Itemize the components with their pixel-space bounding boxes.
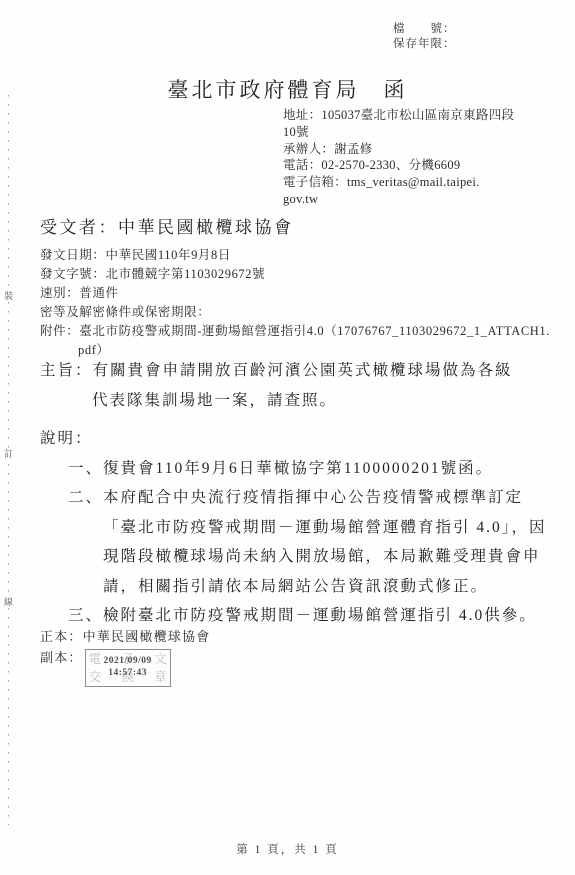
subject-label: 主旨： <box>40 362 93 379</box>
binding-dotted-line <box>8 95 9 825</box>
explanation-item-1: 一、復貴會110年9月6日華橄協字第1100000201號函。 <box>68 454 553 484</box>
item-text: 檢附臺北市防疫警戒期間－運動場館營運指引 4.0供參。 <box>103 607 537 624</box>
subject: 主旨：有關貴會申請開放百齡河濱公園英式橄欖球場做為各級代表隊集訓場地一案，請查照… <box>40 356 522 416</box>
meta-speed: 速別：普通件 <box>40 284 550 303</box>
binding-mark-zhuang: 裝 <box>2 291 15 302</box>
stamp-datetime: 2021/09/09 14:57:43 <box>86 655 170 679</box>
page-number-footer: 第 1 頁，共 1 頁 <box>0 841 575 857</box>
sender-address-line1: 地址：105037臺北市松山區南京東路四段 <box>283 107 514 124</box>
distribution-cc-row: 副本： 電 子 文 交 換 章 2021/09/09 14:57:43 <box>40 649 210 687</box>
distribution: 正本：中華民國橄欖球協會 副本： 電 子 文 交 換 章 2021/09/09 … <box>40 628 210 687</box>
meta-security: 密等及解密條件或保密期限： <box>40 303 550 322</box>
document-meta: 發文日期：中華民國110年9月8日 發文字號：北市體競字第1103029672號… <box>40 246 550 360</box>
item-text: 本府配合中央流行疫情指揮中心公告疫情警戒標準訂定「臺北市防疫警戒期間－運動場館營… <box>103 489 547 595</box>
sender-phone: 電話：02-2570-2330、分機6609 <box>283 157 514 174</box>
stamp-date: 2021/09/09 <box>103 656 151 666</box>
binding-mark-xian: 線 <box>2 597 15 608</box>
recipient: 受文者：中華民國橄欖球協會 <box>40 213 294 238</box>
item-text: 復貴會110年9月6日華橄協字第1100000201號函。 <box>103 460 493 477</box>
archive-retention-label: 保存年限： <box>393 37 456 52</box>
official-letter-page: 裝 訂 線 檔 號： 保存年限： 臺北市政府體育局 函 地址：105037臺北市… <box>0 0 575 875</box>
sender-info: 地址：105037臺北市松山區南京東路四段 10號 承辦人：謝孟修 電話：02-… <box>283 107 514 208</box>
page-title: 臺北市政府體育局 函 <box>0 74 575 104</box>
sender-email-line2: gov.tw <box>283 191 514 208</box>
explanation-item-3: 三、檢附臺北市防疫警戒期間－運動場館營運指引 4.0供參。 <box>68 601 553 631</box>
sender-address-line2: 10號 <box>283 124 514 141</box>
archive-file-no-label: 檔 號： <box>393 22 456 37</box>
stamp-time: 14:57:43 <box>108 668 147 678</box>
explanation: 說明： 一、復貴會110年9月6日華橄協字第1100000201號函。 二、本府… <box>40 424 553 631</box>
meta-issue-date: 發文日期：中華民國110年9月8日 <box>40 246 550 265</box>
meta-attachment-line1: 附件：臺北市防疫警戒期間-運動場館營運指引4.0（17076767_110302… <box>40 322 550 341</box>
sender-email-line1: 電子信箱：tms_veritas@mail.taipei. <box>283 174 514 191</box>
electronic-exchange-stamp: 電 子 文 交 換 章 2021/09/09 14:57:43 <box>85 649 171 687</box>
sender-officer: 承辦人：謝孟修 <box>283 141 514 158</box>
subject-text: 有關貴會申請開放百齡河濱公園英式橄欖球場做為各級代表隊集訓場地一案，請查照。 <box>92 362 513 409</box>
explanation-label: 說明： <box>40 424 553 454</box>
explanation-item-2: 二、本府配合中央流行疫情指揮中心公告疫情警戒標準訂定「臺北市防疫警戒期間－運動場… <box>68 483 553 601</box>
item-number: 二、 <box>68 489 103 506</box>
meta-doc-number: 發文字號：北市體競字第1103029672號 <box>40 265 550 284</box>
item-number: 一、 <box>68 460 103 477</box>
item-number: 三、 <box>68 607 103 624</box>
distribution-cc-label: 副本： <box>40 650 83 665</box>
binding-mark-ding: 訂 <box>2 449 15 460</box>
archive-header: 檔 號： 保存年限： <box>393 22 456 52</box>
distribution-original: 正本：中華民國橄欖球協會 <box>40 628 210 646</box>
